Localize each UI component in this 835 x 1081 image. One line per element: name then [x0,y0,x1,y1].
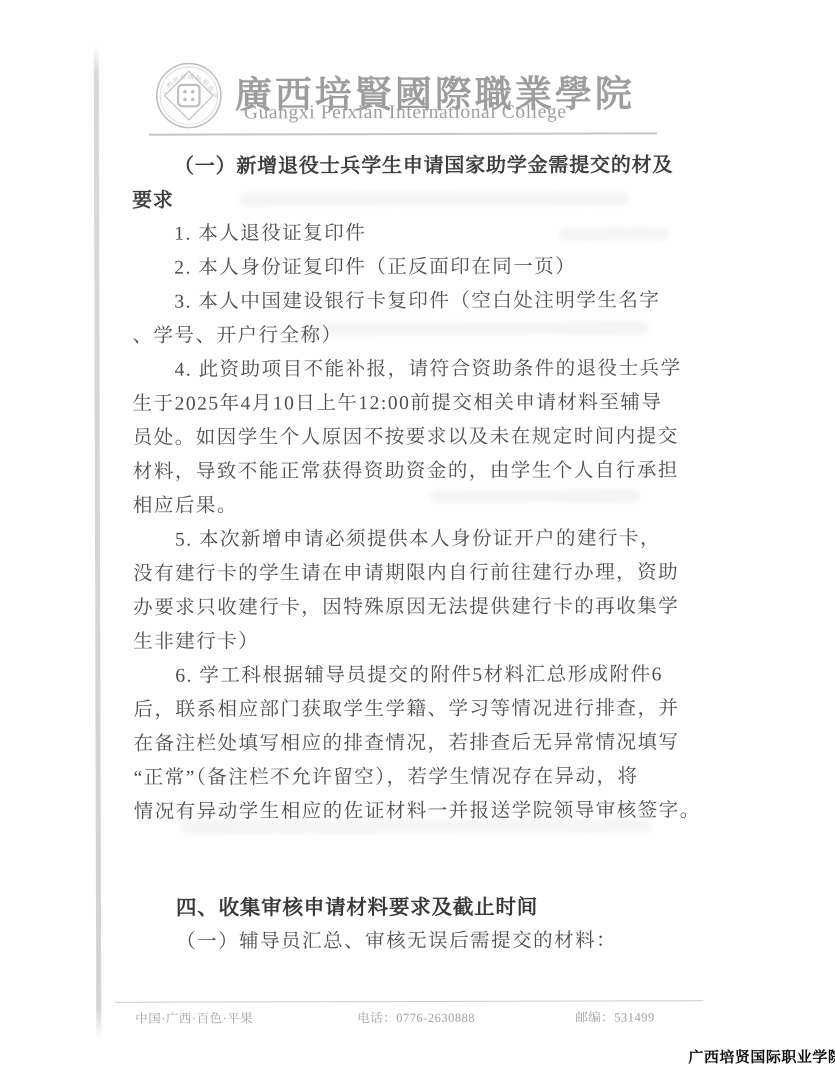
text-line: （一）辅导员汇总、审核无误后需提交的材料： [134,924,679,959]
college-seal-icon: 广西培贤国际职业学院 [155,62,223,130]
footer-postcode: 邮编：531499 [575,1007,655,1025]
text-line: 四、收集审核申请材料要求及截止时间 [134,890,679,925]
scan-artifact [299,321,649,335]
footer-phone: 电话：0776-2630888 [357,1008,475,1026]
page-edge-shadow [94,46,102,1038]
text-line: 在备注栏处填写相应的排查情况，若排查后无异常情况填写 [133,726,678,761]
text-line: 办要求只收建行卡，因特殊原因无法提供建行卡的再收集学 [133,590,678,625]
document-body: （一）新增退役士兵学生申请国家助学金需提交的材及要求1. 本人退役证复印件2. … [132,148,679,959]
text-line: 3. 本人中国建设银行卡复印件（空白处注明学生名字 [132,284,677,319]
text-line: 2. 本人身份证复印件（正反面印在同一页） [132,250,677,285]
text-line: 5. 本次新增申请必须提供本人身份证开户的建行卡， [133,522,678,557]
footer-divider [115,1000,703,1003]
text-line: 4. 此资助项目不能补报，请符合资助条件的退役士兵学 [133,352,678,387]
text-line: 6. 学工科根据辅导员提交的附件5材料汇总形成附件6 [133,658,678,693]
college-title-english: Guangxi Peixian International College [244,102,567,125]
text-line: 后，联系相应部门获取学生学籍、学习等情况进行排查，并 [133,692,678,727]
text-line: “正常”（备注栏不允许留空），若学生情况存在异动，将 [134,760,679,795]
scan-artifact [239,191,629,206]
text-line: 生非建行卡） [133,624,678,659]
scanned-document-page: 广西培贤国际职业学院 廣西培賢國際職業學院 Guangxi Peixian In… [0,0,835,1080]
scan-artifact [181,819,651,833]
footer-location: 中国·广西·百色·平果 [135,1008,253,1026]
text-line: 生于2025年4月10日上午12:00前提交相关申请材料至辅导 [133,386,678,421]
text-line: 材料，导致不能正常获得资助资金的，由学生个人自行承担 [133,454,678,489]
text-line: （一）新增退役士兵学生申请国家助学金需提交的材及 [132,148,677,183]
watermark-college-name: 广西培贤国际职业学院 [688,1046,835,1067]
text-line: 没有建行卡的学生请在申请期限内自行前往建行办理，资助 [133,556,678,591]
header-divider [149,132,657,135]
scan-artifact [559,227,669,240]
text-line: 员处。如因学生个人原因不按要求以及未在规定时间内提交 [133,420,678,455]
scan-artifact [430,489,640,503]
